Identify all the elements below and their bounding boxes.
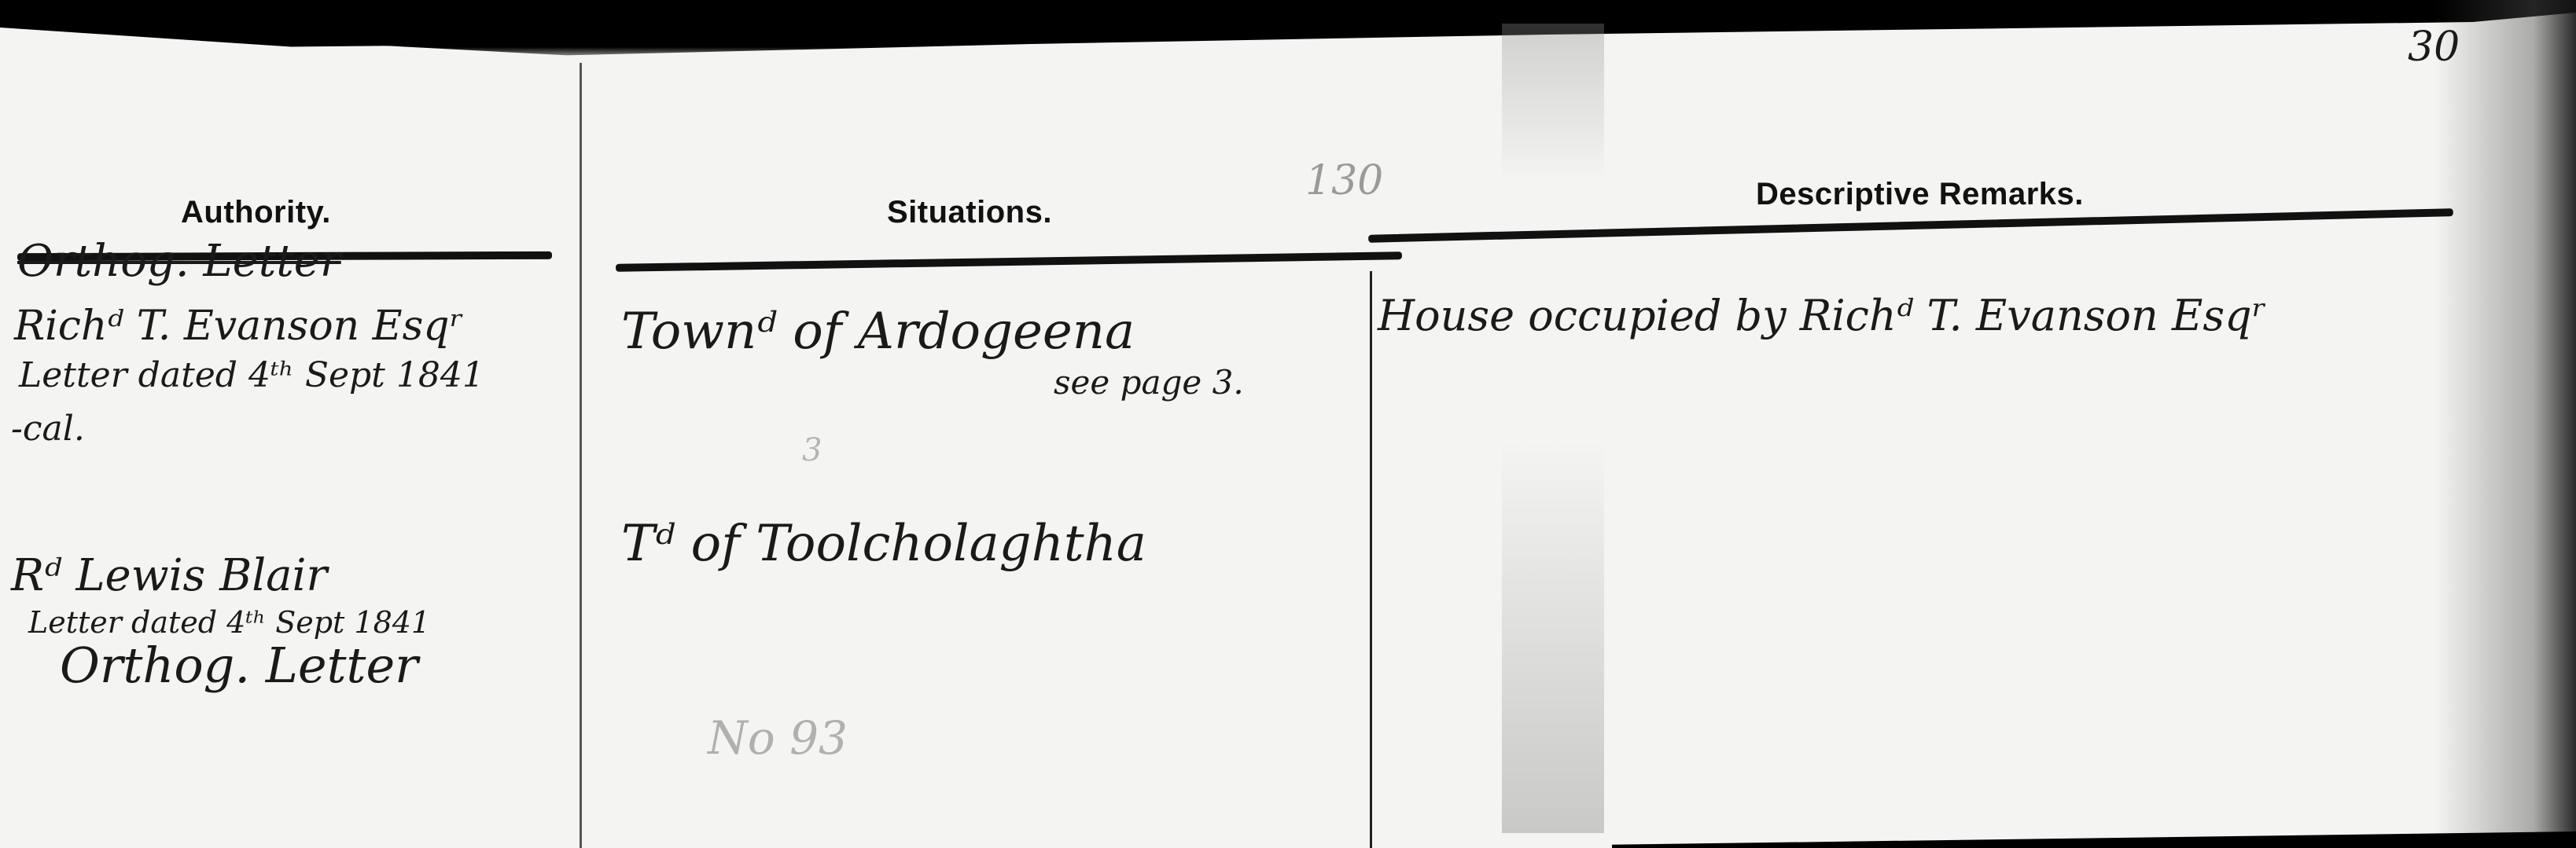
authority-name: Rᵈ Lewis Blair	[11, 550, 327, 601]
faint-pencil-mark: 3	[802, 432, 822, 468]
scan-shadow	[1502, 440, 1604, 833]
column-divider	[1370, 271, 1372, 848]
authority-letter-date: Letter dated 4ᵗʰ Sept 1841	[19, 355, 484, 395]
situation-text: Tᵈ of Toolcholaghtha	[621, 515, 1146, 573]
column-divider	[580, 63, 582, 848]
ledger-page: 30 130 Authority. Situations. Descriptiv…	[0, 0, 2576, 848]
situation-reference: see page 3.	[1054, 363, 1244, 402]
column-header-remarks: Descriptive Remarks.	[1756, 177, 2084, 212]
scan-shadow	[1502, 24, 1604, 181]
remarks-text: House occupied by Richᵈ T. Evanson Esqʳ	[1378, 291, 2266, 340]
column-header-situations: Situations.	[887, 195, 1052, 230]
situation-text: Townᵈ of Ardogeena	[621, 303, 1135, 361]
scan-edge-bottom	[1612, 831, 2576, 848]
authority-name: Richᵈ T. Evanson Esqʳ	[14, 303, 464, 350]
faint-pencil-mark: No 93	[708, 711, 848, 765]
page-number: 30	[2408, 24, 2460, 71]
struck-authority-note: Orthog. Letter	[17, 236, 341, 287]
scan-edge-right	[2434, 0, 2576, 848]
column-header-authority: Authority.	[181, 195, 331, 230]
authority-letter-date: Letter dated 4ᵗʰ Sept 1841	[28, 605, 430, 640]
authority-note: -cal.	[11, 409, 85, 449]
header-rule	[1368, 208, 2453, 243]
authority-note: Orthog. Letter	[60, 637, 418, 694]
pencil-folio-number: 130	[1305, 157, 1383, 204]
header-rule	[616, 251, 1402, 272]
